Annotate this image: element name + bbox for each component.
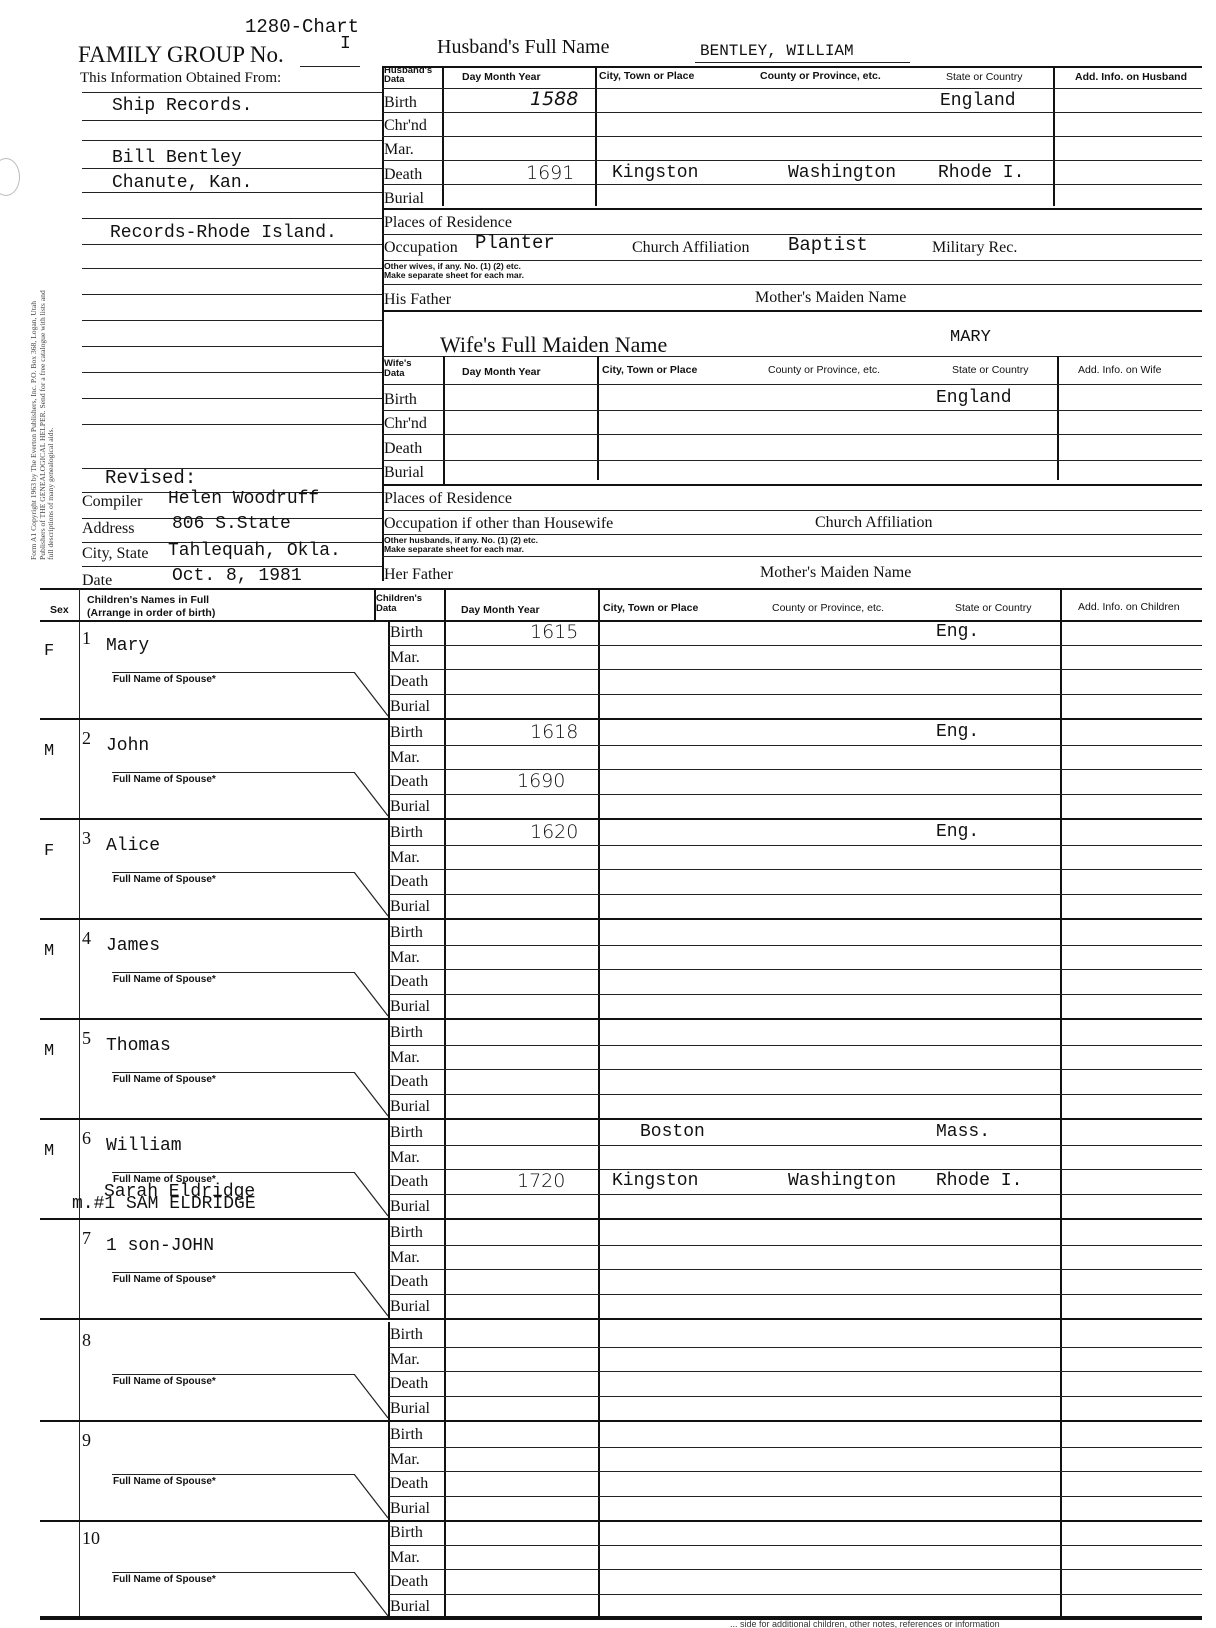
child-number: 8 [82, 1330, 91, 1351]
source-line[interactable]: Chanute, Kan. [112, 173, 252, 193]
source-line[interactable]: Records-Rhode Island. [110, 223, 337, 243]
event-label: Death [390, 873, 428, 891]
event-label: Death [384, 440, 422, 458]
husband-birth-state[interactable]: England [940, 91, 1016, 111]
event-label: Mar. [384, 141, 414, 159]
wife-name-value[interactable]: MARY [950, 328, 991, 347]
child-birth-state[interactable]: Eng. [936, 822, 979, 842]
child-birth-state[interactable]: Eng. [936, 622, 979, 642]
state-column-header: State or Country [955, 602, 1031, 614]
child-number: 3 [82, 828, 91, 849]
city-state-label: City, State [82, 545, 149, 563]
child-name[interactable]: James [106, 936, 160, 956]
her-mother-label: Mother's Maiden Name [760, 564, 911, 582]
event-label: Mar. [390, 1451, 420, 1469]
event-label: Burial [390, 1098, 430, 1116]
child-death-year[interactable]: 1690 [517, 770, 565, 792]
event-label: Mar. [390, 849, 420, 867]
child-name[interactable]: 1 son-JOHN [106, 1236, 214, 1256]
source-line[interactable]: Bill Bentley [112, 148, 242, 168]
child-number: 2 [82, 728, 91, 749]
event-label: Birth [390, 924, 423, 942]
child-sex[interactable]: F [44, 842, 54, 861]
add-info-wife-header: Add. Info. on Wife [1078, 364, 1161, 376]
event-label: Burial [390, 1500, 430, 1518]
compiler-label: Compiler [82, 493, 142, 511]
wife-name-label: Wife's Full Maiden Name [440, 332, 667, 358]
obtained-from-label: This Information Obtained From: [80, 70, 281, 87]
event-label: Burial [390, 798, 430, 816]
her-father-label: Her Father [384, 566, 453, 584]
child-death-county[interactable]: Washington [788, 1171, 896, 1191]
his-father-label: His Father [384, 291, 451, 309]
city-column-header: City, Town or Place [602, 364, 697, 376]
event-label: Death [390, 1573, 428, 1591]
child-birth-year[interactable]: 1620 [530, 821, 578, 843]
child-number: 4 [82, 928, 91, 949]
other-wives-line-2: Make separate sheet for each mar. [384, 271, 524, 280]
child-name[interactable]: Mary [106, 636, 149, 656]
child-birth-year[interactable]: 1618 [530, 721, 578, 743]
event-label: Chr'nd [384, 415, 427, 433]
date-column-header: Day Month Year [461, 604, 540, 616]
event-label: Mar. [390, 1351, 420, 1369]
event-label: Death [384, 166, 422, 184]
spouse-bracket-line [353, 1072, 391, 1118]
husband-name-label: Husband's Full Name [437, 36, 609, 59]
event-label: Mar. [390, 949, 420, 967]
date-value[interactable]: Oct. 8, 1981 [172, 566, 302, 586]
group-number[interactable]: I [340, 34, 351, 54]
event-label: Burial [390, 998, 430, 1016]
husband-data-header: Husband's Data [384, 66, 444, 84]
event-label: Birth [384, 391, 417, 409]
event-label: Birth [390, 1426, 423, 1444]
wife-data-header: Wife's Data [384, 359, 434, 378]
event-label: Mar. [390, 1549, 420, 1567]
event-label: Burial [384, 190, 424, 208]
hole-punch-mark [0, 158, 20, 196]
state-column-header: State or Country [946, 71, 1022, 83]
husband-residence-label: Places of Residence [384, 214, 512, 232]
husband-name-value[interactable]: BENTLEY, WILLIAM [700, 42, 854, 60]
add-info-children-header: Add. Info. on Children [1078, 601, 1180, 613]
spouse-label: Full Name of Spouse* [113, 974, 216, 985]
child-sex[interactable]: F [44, 642, 54, 661]
child-sex[interactable]: M [44, 1142, 54, 1161]
child-birth-state[interactable]: Mass. [936, 1122, 990, 1142]
address-label: Address [82, 520, 134, 538]
event-label: Birth [390, 824, 423, 842]
children-names-line-1: Children's Names in Full [87, 594, 215, 607]
event-label: Birth [390, 1124, 423, 1142]
wife-residence-label: Places of Residence [384, 490, 512, 508]
husband-occupation-label: Occupation [384, 239, 458, 257]
child-sex[interactable]: M [44, 1042, 54, 1061]
spouse-label: Full Name of Spouse* [113, 774, 216, 785]
spouse-label: Full Name of Spouse* [113, 874, 216, 885]
husband-occupation-value[interactable]: Planter [475, 232, 555, 254]
city-state-value[interactable]: Tahlequah, Okla. [168, 541, 341, 561]
county-column-header: County or Province, etc. [768, 364, 880, 376]
event-label: Burial [390, 1198, 430, 1216]
husband-death-city[interactable]: Kingston [612, 163, 698, 183]
child-number: 1 [82, 628, 91, 649]
footer-note: ... side for additional children, other … [730, 1619, 1000, 1628]
copyright-notice: Form A1 Copyright 1963 by The Everton Pu… [30, 290, 56, 560]
children-names-header: Children's Names in Full (Arrange in ord… [87, 594, 215, 620]
city-column-header: City, Town or Place [603, 602, 698, 614]
husband-church-label: Church Affiliation [632, 239, 749, 257]
spouse-bracket-line [353, 772, 391, 818]
county-column-header: County or Province, etc. [760, 70, 881, 82]
city-column-header: City, Town or Place [599, 70, 694, 82]
child-name[interactable]: Thomas [106, 1036, 171, 1056]
wife-birth-state[interactable]: England [936, 388, 1012, 408]
child-number: 5 [82, 1028, 91, 1049]
revised-label: Revised: [105, 467, 196, 489]
child-name[interactable]: John [106, 736, 149, 756]
event-label: Chr'nd [384, 117, 427, 135]
event-label: Burial [390, 698, 430, 716]
child-birth-city[interactable]: Boston [640, 1122, 705, 1142]
event-label: Burial [390, 898, 430, 916]
spouse-bracket-line [353, 1272, 391, 1318]
event-label: Mar. [390, 1149, 420, 1167]
add-info-husband-header: Add. Info. on Husband [1075, 71, 1187, 83]
child-death-state[interactable]: Rhode I. [936, 1171, 1022, 1191]
event-label: Burial [390, 1400, 430, 1418]
child-note[interactable]: m.#1 SAM ELDRIDGE [72, 1194, 256, 1214]
spouse-label: Full Name of Spouse* [113, 1074, 216, 1085]
wife-church-label: Church Affiliation [815, 514, 932, 532]
event-label: Burial [390, 1298, 430, 1316]
event-label: Birth [384, 94, 417, 112]
spouse-bracket-line [353, 1374, 391, 1420]
event-label: Mar. [390, 649, 420, 667]
spouse-bracket-line [353, 872, 391, 918]
event-label: Death [390, 773, 428, 791]
spouse-label: Full Name of Spouse* [113, 674, 216, 685]
spouse-bracket-line [353, 1172, 391, 1218]
child-number: 9 [82, 1430, 91, 1451]
child-name[interactable]: William [106, 1136, 182, 1156]
spouse-label: Full Name of Spouse* [113, 1476, 216, 1487]
event-label: Death [390, 973, 428, 991]
other-husbands-note: Other husbands, if any. No. (1) (2) etc.… [384, 536, 538, 553]
event-label: Birth [390, 624, 423, 642]
event-label: Mar. [390, 1049, 420, 1067]
event-label: Burial [390, 1598, 430, 1616]
event-label: Death [390, 1475, 428, 1493]
event-label: Mar. [390, 1249, 420, 1267]
event-label: Burial [384, 464, 424, 482]
husband-church-value[interactable]: Baptist [788, 234, 868, 256]
spouse-label: Full Name of Spouse* [113, 1574, 216, 1585]
husband-military-label: Military Rec. [932, 239, 1017, 257]
event-label: Birth [390, 1224, 423, 1242]
other-wives-note: Other wives, if any. No. (1) (2) etc. Ma… [384, 262, 524, 279]
child-number: 10 [82, 1528, 100, 1549]
event-label: Death [390, 1073, 428, 1091]
child-name[interactable]: Alice [106, 836, 160, 856]
children-data-header: Children's Data [376, 594, 434, 613]
event-label: Death [390, 673, 428, 691]
event-label: Birth [390, 1326, 423, 1344]
event-label: Death [390, 1273, 428, 1291]
wife-occupation-label: Occupation if other than Housewife [384, 515, 613, 533]
child-number: 7 [82, 1228, 91, 1249]
his-mother-label: Mother's Maiden Name [755, 289, 906, 307]
source-line[interactable]: Ship Records. [112, 96, 252, 116]
husband-death-year[interactable]: 1691 [526, 162, 574, 184]
other-husbands-line-2: Make separate sheet for each mar. [384, 545, 538, 554]
child-birth-state[interactable]: Eng. [936, 722, 979, 742]
event-label: Mar. [390, 749, 420, 767]
child-birth-year[interactable]: 1615 [530, 621, 578, 643]
form-title: FAMILY GROUP No. [78, 42, 284, 68]
spouse-label: Full Name of Spouse* [113, 1274, 216, 1285]
state-column-header: State or Country [952, 364, 1028, 376]
spouse-bracket-line [353, 672, 391, 718]
spouse-bracket-line [353, 972, 391, 1018]
event-label: Death [390, 1375, 428, 1393]
husband-death-county[interactable]: Washington [788, 163, 896, 183]
event-label: Death [390, 1173, 428, 1191]
date-column-header: Day Month Year [462, 71, 541, 83]
children-names-line-2: (Arrange in order of birth) [87, 607, 215, 620]
child-death-year[interactable]: 1720 [517, 1170, 565, 1192]
event-label: Birth [390, 1524, 423, 1542]
sex-column-header: Sex [50, 604, 69, 616]
spouse-label: Full Name of Spouse* [113, 1376, 216, 1387]
spouse-bracket-line [353, 1474, 391, 1520]
address-value[interactable]: 806 S.State [172, 514, 291, 534]
child-number: 6 [82, 1128, 91, 1149]
spouse-bracket-line [353, 1572, 391, 1618]
event-label: Birth [390, 1024, 423, 1042]
compiler-value[interactable]: Helen Woodruff [168, 489, 319, 509]
husband-birth-year[interactable]: 1588 [530, 88, 578, 110]
child-sex[interactable]: M [44, 942, 54, 961]
county-column-header: County or Province, etc. [772, 602, 884, 614]
event-label: Birth [390, 724, 423, 742]
child-death-city[interactable]: Kingston [612, 1171, 698, 1191]
child-sex[interactable]: M [44, 742, 54, 761]
husband-death-state[interactable]: Rhode I. [938, 163, 1024, 183]
date-column-header: Day Month Year [462, 366, 541, 378]
